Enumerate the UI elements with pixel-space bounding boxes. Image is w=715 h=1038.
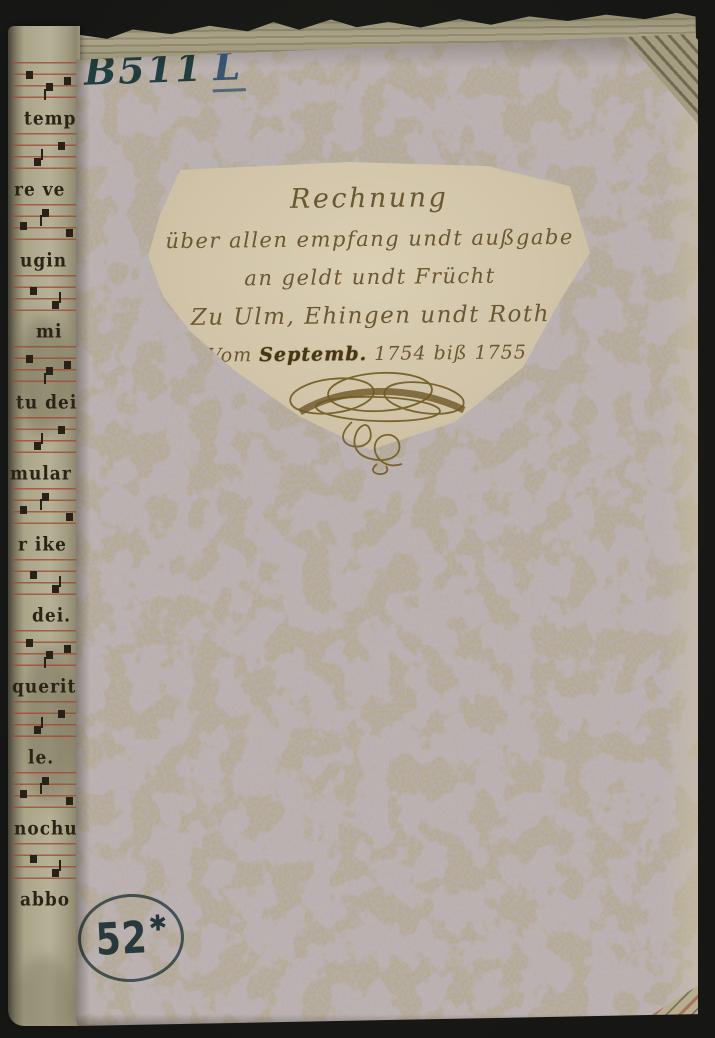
spine-fragment-text: querit (12, 675, 80, 702)
neume-icon (26, 355, 33, 363)
spine-segment: re ve (8, 133, 80, 204)
music-staff (12, 701, 78, 747)
hinge-shadow (76, 34, 90, 1026)
neume-icon (30, 855, 37, 863)
neume-icon (66, 513, 73, 521)
neume-icon (46, 83, 53, 91)
music-staff (12, 630, 78, 676)
parchment-stain (14, 956, 74, 1026)
neume-icon (46, 651, 53, 659)
spine-fragment-text: ugin (20, 249, 80, 276)
spine-segment: le. (8, 701, 80, 772)
spine-fragment-text: dei. (32, 604, 80, 631)
spine-segment: mi (8, 275, 80, 346)
spine-segment: nochus (8, 772, 80, 843)
label-line-2: über allen empfang undt außgabe (144, 218, 594, 261)
spine-fragment-text: tu dei (16, 391, 80, 418)
date-month: Septemb. (259, 343, 367, 366)
music-staff (12, 559, 78, 605)
music-staff (12, 488, 78, 534)
neume-icon (52, 869, 59, 877)
spine-segment: dei. (8, 559, 80, 630)
neume-icon (34, 442, 41, 450)
spine-segment: r ike (8, 488, 80, 559)
spine-manuscript: tempr re ve (8, 26, 80, 1026)
neume-icon (58, 142, 65, 150)
neume-icon (58, 426, 65, 434)
spine-fragment-text: abbo (20, 888, 80, 915)
neume-icon (20, 506, 27, 514)
neume-icon (58, 710, 65, 718)
spine-fragment-text: tempr (24, 107, 80, 134)
spine-fragment-text: re ve (14, 178, 80, 205)
spine-fragment-text: mular (10, 462, 80, 489)
calligraphic-flourish-icon (282, 364, 482, 479)
neume-icon (20, 222, 27, 230)
spine-segment: abbo (8, 843, 80, 914)
stamp-number: 52 (95, 912, 149, 966)
spine-segment: ugin (8, 204, 80, 275)
neume-icon (30, 571, 37, 579)
spine-segment: mular (8, 417, 80, 488)
neume-icon (46, 367, 53, 375)
spine-segment: querit (8, 630, 80, 701)
neume-icon (42, 777, 49, 785)
neume-icon (30, 287, 37, 295)
spine-segment: tempr (8, 62, 80, 133)
neume-icon (64, 361, 71, 369)
neume-icon (52, 585, 59, 593)
label-line-3: an geldt undt Frücht (145, 256, 595, 299)
neume-icon (42, 493, 49, 501)
spine-rows: tempr re ve (8, 62, 80, 914)
title-label-text: Rechnung über allen empfang undt außgabe… (144, 176, 596, 375)
music-staff (12, 772, 78, 818)
music-staff (12, 62, 78, 108)
spine-segment: tu dei (8, 346, 80, 417)
label-line-1: Rechnung (144, 176, 594, 223)
spine-fragment-text: le. (28, 746, 80, 773)
neume-icon (26, 71, 33, 79)
front-cover: B511L Rechnung über allen empfang undt a… (76, 34, 698, 1026)
stamp-star-icon: ✱ (148, 911, 168, 937)
photo-background: tempr re ve (0, 0, 715, 1038)
music-staff (12, 843, 78, 889)
music-staff (12, 204, 78, 250)
neume-icon (34, 726, 41, 734)
neume-icon (52, 301, 59, 309)
neume-icon (34, 158, 41, 166)
right-edge-highlight (664, 34, 698, 1026)
music-staff (12, 417, 78, 463)
neume-icon (64, 645, 71, 653)
neume-icon (66, 229, 73, 237)
spine-fragment-text: r ike (18, 533, 80, 560)
spine-fragment-text: mi (36, 320, 80, 347)
music-staff (12, 275, 78, 321)
neume-icon (42, 209, 49, 217)
music-staff (12, 346, 78, 392)
date-years: 1754 biß 1755. (367, 341, 534, 365)
bottom-edge-shadow (76, 1014, 698, 1026)
label-line-4: Zu Ulm, Ehingen undt Roth (145, 294, 595, 339)
neume-icon (66, 797, 73, 805)
neume-icon (20, 790, 27, 798)
music-staff (12, 133, 78, 179)
neume-icon (26, 639, 33, 647)
neume-icon (64, 77, 71, 85)
spine-fragment-text: nochus (14, 817, 80, 844)
